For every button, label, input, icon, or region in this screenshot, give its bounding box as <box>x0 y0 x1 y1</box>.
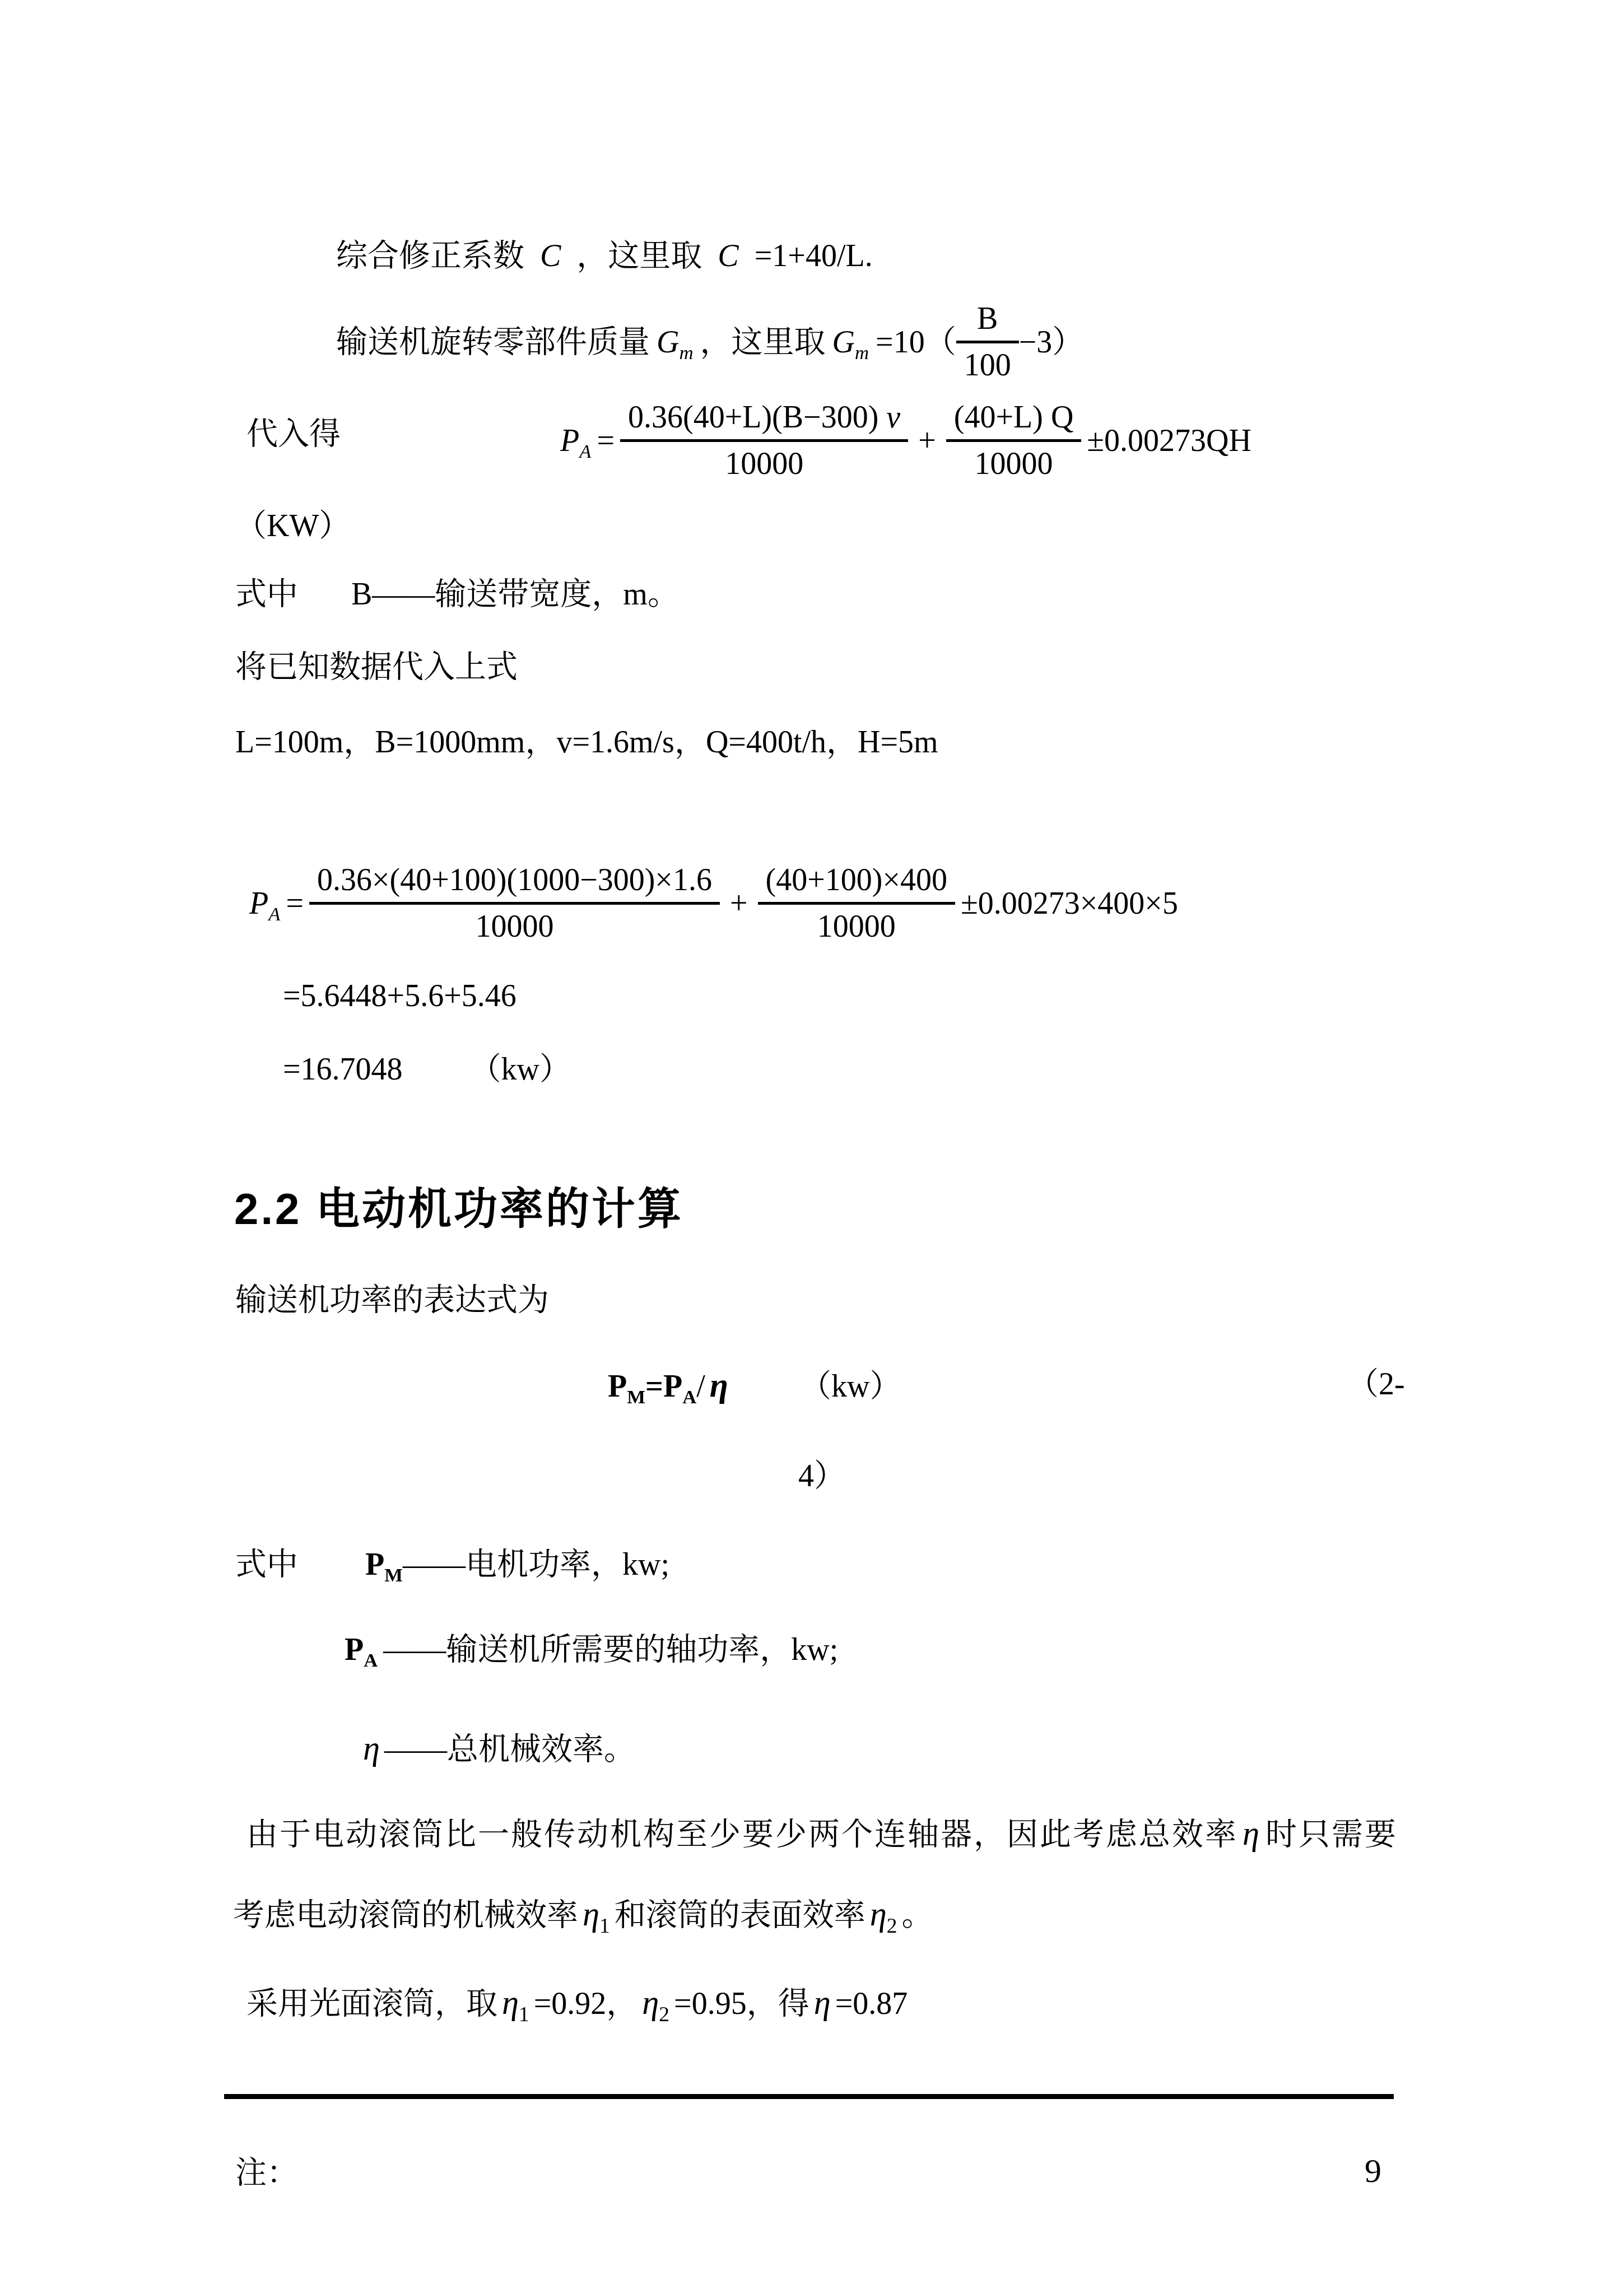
text-segment: ——总机械效率。 <box>384 1732 635 1767</box>
text-segment: ——电机功率，kw; <box>403 1547 669 1582</box>
math-var-P: P <box>560 424 579 458</box>
footer-note: 注： <box>235 2155 298 2191</box>
math-var-PM: PM <box>365 1547 403 1582</box>
text-segment: 由于电动滚筒比一般传动机构至少要少两个连轴器，因此考虑总效率 <box>246 1817 1238 1852</box>
formula-label: 代入得 <box>246 416 341 453</box>
math-var-PA: PA <box>249 885 280 922</box>
slash: / <box>696 1369 705 1404</box>
fraction-denominator: 10000 <box>809 905 904 945</box>
text-segment: =0.87 <box>835 1986 908 2021</box>
unit-label: （kw） <box>800 1369 901 1404</box>
paren-open: （ <box>925 324 956 361</box>
formula-pa-symbolic: PA = 0.36(40+L)(B−300) v 10000 + (40+L) … <box>560 399 1251 482</box>
math-var-eta: η <box>363 1730 380 1767</box>
fraction-numerator: (40+L) Q <box>946 399 1082 439</box>
text-segment: =16.7048 <box>283 1052 403 1087</box>
paragraph-correction-coefficient: 综合修正系数 C ，这里取 C =1+40/L. <box>336 238 873 274</box>
math-var-eta1: η1 <box>583 1896 610 1933</box>
text-segment: L=100m，B=1000mm，v=1.6m/s，Q=400t/h，H=5m <box>235 725 938 760</box>
page-number-value: 9 <box>1365 2152 1381 2189</box>
fraction-term-2: (40+L) Q 10000 <box>946 399 1082 482</box>
text-segment: 代入得 <box>246 417 341 452</box>
text-segment: 注： <box>235 2156 298 2190</box>
equation-number-part2: 4） <box>798 1458 845 1495</box>
paragraph-drum-line1: 由于电动滚筒比一般传动机构至少要少两个连轴器，因此考虑总效率η时只需要 <box>246 1814 1398 1854</box>
math-var-eta2: η2 <box>870 1896 897 1933</box>
fraction-denominator: 10000 <box>467 905 561 945</box>
math-var-C: C <box>540 239 561 273</box>
text-segment: 输送机旋转零部件质量 <box>336 324 650 361</box>
paragraph-power-expression: 输送机功率的表达式为 <box>235 1282 549 1319</box>
text-segment: =1+40/L. <box>755 239 873 273</box>
text-segment: 采用光面滚筒，取 <box>246 1986 497 2021</box>
text-segment: 式中 <box>235 577 298 612</box>
math-var-Gm: Gm <box>657 324 694 361</box>
subscript-1: 1 <box>519 2003 529 2026</box>
fraction-denominator: 10000 <box>717 442 811 482</box>
plus-sign: + <box>730 885 748 922</box>
math-var-P: P <box>345 1632 364 1667</box>
text-segment: 考虑电动滚筒的机械效率 <box>233 1898 578 1933</box>
math-var-eta: η <box>583 1896 599 1933</box>
math-var-P: P <box>249 886 268 921</box>
formula-tail-term: ±0.00273QH <box>1087 422 1251 459</box>
subscript-A: A <box>682 1386 696 1408</box>
fraction-term-2: (40+100)×400 10000 <box>758 862 955 945</box>
text-segment: B——输送带宽度，m。 <box>351 577 679 612</box>
document-page: 综合修正系数 C ，这里取 C =1+40/L. 输送机旋转零部件质量 Gm ，… <box>0 0 1624 2294</box>
subscript-M: M <box>627 1386 645 1408</box>
math-var-PA: PA <box>345 1632 378 1667</box>
math-var-eta: η <box>870 1896 887 1933</box>
equation-number-part1: （2- <box>1347 1366 1405 1403</box>
footer-divider-line <box>224 2094 1394 2099</box>
math-var-G: G <box>657 325 679 360</box>
math-var-eta1: η1 <box>502 1984 529 2022</box>
subscript-A: A <box>364 1649 378 1671</box>
fraction-denominator: 100 <box>956 343 1019 384</box>
section-heading-2-2: 2.2 电动机功率的计算 <box>234 1183 683 1235</box>
math-var-eta: η <box>502 1984 519 2022</box>
text-segment: （KW） <box>235 509 350 543</box>
math-var-eta2: η2 <box>642 1984 669 2022</box>
unit-label: （kw） <box>470 1052 571 1087</box>
text-segment: =0.95，得 <box>674 1986 809 2021</box>
math-var-Gm: Gm <box>832 324 869 361</box>
where-clause-B: 式中B——输送带宽度，m。 <box>235 576 679 613</box>
paren-close: ） <box>1052 324 1083 361</box>
formula-pa-numeric: PA = 0.36×(40+100)(1000−300)×1.6 10000 +… <box>249 862 1178 945</box>
page-number: 9 <box>1365 2151 1381 2191</box>
math-var-eta: η <box>642 1984 659 2022</box>
text-segment: 时只需要 <box>1265 1817 1398 1852</box>
math-var-eta: η <box>1243 1815 1261 1853</box>
fraction-numerator: 0.36×(40+100)(1000−300)×1.6 <box>309 862 720 902</box>
text-segment: 。 <box>902 1898 933 1933</box>
math-var-eta: η <box>710 1367 728 1404</box>
where-clause-PA: PA——输送机所需要的轴功率，kw; <box>345 1631 838 1668</box>
equals-P: =P <box>645 1369 682 1404</box>
formula-tail-term: ±0.00273×400×5 <box>961 885 1178 922</box>
subscript-2: 2 <box>659 2003 669 2026</box>
text-segment: ——输送机所需要的轴功率，kw; <box>383 1632 838 1667</box>
text-segment: ，这里取 <box>576 239 702 273</box>
math-var-P: P <box>608 1369 627 1404</box>
formula-pm: PM=PA/η（kw） <box>608 1366 901 1406</box>
paragraph-smooth-drum: 采用光面滚筒，取η1=0.92，η2=0.95，得η=0.87 <box>246 1983 908 2023</box>
fraction-denominator: 10000 <box>967 442 1061 482</box>
fraction-B-over-100: B 100 <box>956 300 1019 384</box>
subscript-2: 2 <box>887 1915 897 1938</box>
text-segment: 式中 <box>235 1547 298 1582</box>
equals-sign: = <box>286 885 304 922</box>
text-segment: 将已知数据代入上式 <box>235 650 518 685</box>
text-segment: ，这里取 <box>700 324 826 361</box>
unit-line-kw: （KW） <box>235 508 350 545</box>
text-segment: 综合修正系数 <box>336 239 524 273</box>
math-var-C: C <box>718 239 738 273</box>
text-segment: 4） <box>798 1459 845 1493</box>
math-var-G: G <box>832 325 855 360</box>
equals-sign: = <box>597 422 615 459</box>
text-segment: 0.36(40+L)(B−300) <box>628 400 878 435</box>
subscript-m: m <box>855 342 869 364</box>
text-segment: −3 <box>1019 324 1053 361</box>
heading-text: 2.2 电动机功率的计算 <box>234 1184 683 1234</box>
subscript-M: M <box>384 1564 403 1586</box>
math-var-PM: PM <box>608 1369 645 1404</box>
math-var-v: v <box>886 400 900 435</box>
fraction-numerator: (40+100)×400 <box>758 862 955 902</box>
subscript-m: m <box>679 342 693 364</box>
text-segment: （2- <box>1347 1367 1405 1402</box>
math-var-eta: η <box>814 1984 831 2022</box>
given-data-line: L=100m，B=1000mm，v=1.6m/s，Q=400t/h，H=5m <box>235 724 938 761</box>
where-clause-PM: 式中PM——电机功率，kw; <box>235 1546 669 1583</box>
math-var-PA: PA <box>560 422 591 459</box>
result-total-line: =16.7048（kw） <box>283 1051 571 1088</box>
paragraph-drum-line2: 考虑电动滚筒的机械效率η1和滚筒的表面效率η2。 <box>233 1895 933 1934</box>
text-segment: 输送机功率的表达式为 <box>235 1283 549 1318</box>
where-clause-eta: η——总机械效率。 <box>363 1729 635 1769</box>
subscript-A: A <box>268 903 280 925</box>
fraction-term-1: 0.36(40+L)(B−300) v 10000 <box>620 399 908 482</box>
fraction-numerator: 0.36(40+L)(B−300) v <box>620 399 908 439</box>
result-sum-line: =5.6448+5.6+5.46 <box>283 978 516 1015</box>
paragraph-substitute-data: 将已知数据代入上式 <box>235 649 518 686</box>
text-segment: =0.92， <box>534 1986 638 2021</box>
text-segment: =10 <box>876 324 925 361</box>
text-segment: =5.6448+5.6+5.46 <box>283 979 516 1013</box>
fraction-term-1: 0.36×(40+100)(1000−300)×1.6 10000 <box>309 862 720 945</box>
text-segment: 和滚筒的表面效率 <box>615 1898 865 1933</box>
paragraph-rotating-parts-mass: 输送机旋转零部件质量 Gm ，这里取 Gm =10 （ B 100 −3 ） <box>336 300 1083 384</box>
subscript-1: 1 <box>599 1915 610 1938</box>
plus-sign: + <box>918 422 936 459</box>
fraction-numerator: B <box>969 300 1006 341</box>
math-var-P: P <box>365 1547 384 1582</box>
subscript-A: A <box>579 440 591 462</box>
